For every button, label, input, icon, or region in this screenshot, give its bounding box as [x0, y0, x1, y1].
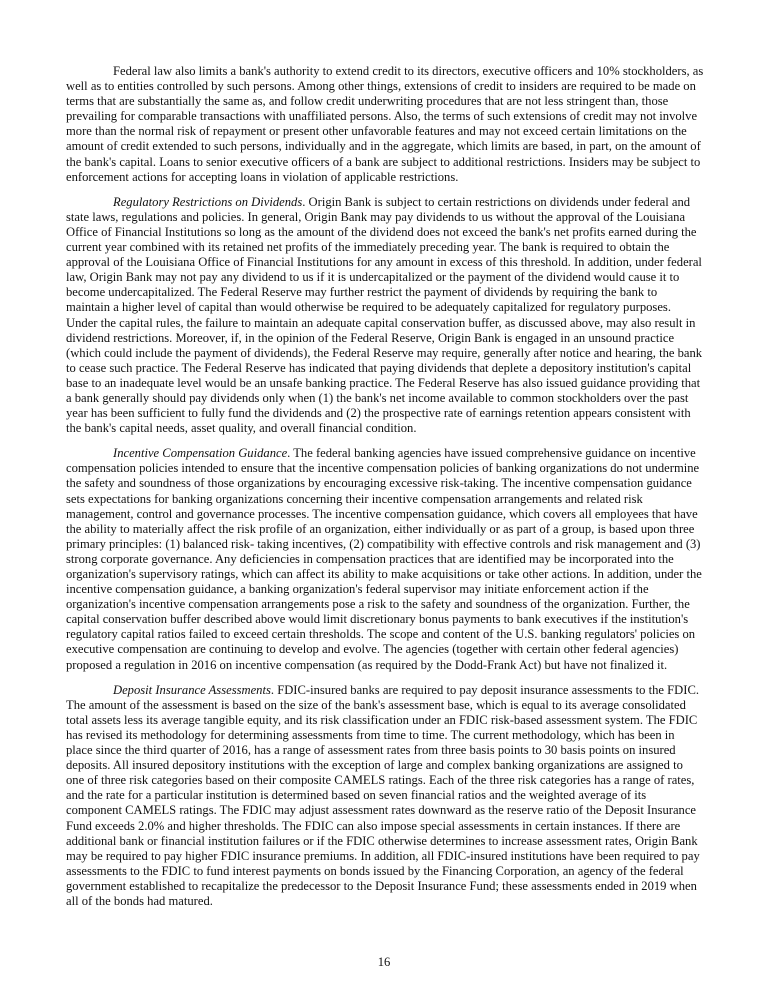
document-page: Federal law also limits a bank's authori…	[66, 64, 704, 919]
paragraph-heading: Deposit Insurance Assessments	[113, 683, 271, 697]
paragraph-body: Federal law also limits a bank's authori…	[66, 64, 703, 184]
paragraph-heading: Incentive Compensation Guidance	[113, 446, 287, 460]
paragraph-heading: Regulatory Restrictions on Dividends	[113, 195, 302, 209]
paragraph-insider-credit: Federal law also limits a bank's authori…	[66, 64, 704, 185]
paragraph-body: . FDIC-insured banks are required to pay…	[66, 683, 700, 908]
paragraph-incentive-compensation: Incentive Compensation Guidance. The fed…	[66, 446, 704, 672]
paragraph-body: . Origin Bank is subject to certain rest…	[66, 195, 702, 435]
paragraph-deposit-insurance: Deposit Insurance Assessments. FDIC-insu…	[66, 683, 704, 909]
paragraph-dividend-restrictions: Regulatory Restrictions on Dividends. Or…	[66, 195, 704, 437]
paragraph-body: . The federal banking agencies have issu…	[66, 446, 702, 671]
page-number: 16	[0, 955, 768, 970]
